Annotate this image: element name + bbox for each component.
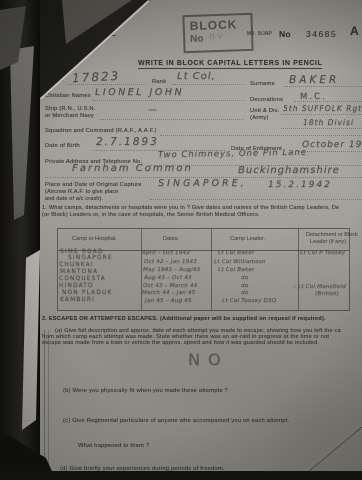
serial-number: 34685: [306, 29, 337, 39]
address-value-line1: Two Chimneys, One Pin Lane: [158, 148, 307, 161]
leader-1: Lt Col Baker: [218, 250, 254, 256]
question-c2: What happened to them ?: [78, 443, 149, 449]
camp-4: CONQUESTA: [59, 276, 106, 282]
ship-value: —: [148, 105, 157, 115]
leader-5: do: [241, 283, 248, 289]
decorations-label: Decorations: [250, 97, 283, 103]
detachment-1: Lt Col P Toosey: [300, 250, 345, 256]
dates-4: Aug 43 – Oct 43: [144, 275, 192, 281]
header-detachment-line2: Leader (if any).: [310, 239, 348, 246]
escape-answer: NO: [188, 350, 229, 369]
header-camp: Camp or Hospital.: [72, 236, 117, 242]
question-c: (c) Give Regimental particulars of anyon…: [63, 418, 289, 424]
header-dates: Dates.: [163, 236, 179, 242]
camp-3: MANTONA: [60, 269, 98, 275]
camp-2: CHUNKAI: [59, 262, 94, 268]
unit-value-line1: 5th SUFFOLK Rgt: [283, 104, 362, 113]
question-b: (b) Were you physically fit when you mad…: [63, 388, 228, 394]
header-detachment-line1: Detachment or Block: [306, 232, 358, 239]
detachment-5b: (British): [315, 291, 339, 297]
header-camp-leader: Camp Leader.: [230, 236, 265, 242]
camp-7: KAMBURI: [60, 297, 95, 303]
date-of-birth-value: 2.7.1893: [96, 136, 159, 148]
unit-value-line2: 18th Divisi: [303, 118, 354, 127]
rank-label: Rank: [152, 79, 166, 85]
stamp-pencil-scribble: nv: [209, 31, 226, 43]
block-stamp: BLOCK No nv: [182, 13, 253, 53]
dates-1: April – Oct 1942: [142, 250, 190, 256]
dates-7: Jan 45 – Aug 45: [145, 298, 192, 304]
rank-value: Lt Col,: [177, 71, 216, 82]
background-strip-bottom: [0, 471, 362, 480]
capture-label-line3: and date of a/c crash).: [45, 196, 103, 202]
surname-label: Surname: [250, 81, 275, 87]
camp-6: NON PLADUK: [62, 290, 112, 296]
dates-2: Oct 42 – Jan 1943: [144, 259, 197, 265]
block-stamp-no: No: [190, 34, 204, 45]
dates-6: March 44 – Jan 45: [142, 290, 195, 296]
unit-label-line1: Unit & Div.: [250, 108, 279, 114]
leader-6: do: [241, 290, 248, 296]
capture-label-line2: (Aircrew R.A.F. to give place: [45, 189, 119, 195]
leader-4: do: [241, 275, 248, 281]
unit-label-line2: (Army): [250, 115, 269, 121]
leader-2: Lt Col Williamson: [214, 259, 266, 265]
capture-label-line1: Place and Date of Original Capture: [45, 182, 142, 188]
capture-place-value: SINGAPORE,: [158, 178, 247, 189]
christian-names-label: Christian Names: [45, 93, 91, 99]
section1-text-line2: (or Block) Leaders or, in the case of ho…: [42, 212, 260, 218]
detachment-5: – Lt Col Mansfield: [293, 284, 346, 290]
leader-3: Lt Col Baker: [218, 267, 254, 273]
squadron-label: Squadron and Command (R.A.F., A.A.F.): [45, 128, 157, 134]
ship-label-line2: or Merchant Navy: [45, 113, 94, 119]
dates-5: Oct 43 – March 44: [143, 283, 197, 289]
section2-title: 2. ESCAPES OR ATTEMPTED ESCAPES. (Additi…: [42, 316, 326, 322]
page-fold-lines: [44, 330, 49, 470]
address-value-line3: Buckinghamshire: [238, 165, 340, 176]
camp-1b: SINGAPORE: [68, 255, 113, 261]
christian-names-value: LIONEL JOHN: [95, 87, 184, 98]
ship-label-line1: Ship (R.N., U.S.N.: [45, 106, 96, 112]
section1-text-line1: 1. What camps, detachments or hospitals …: [42, 205, 339, 211]
capture-date-value: 15.2.1942: [268, 180, 332, 190]
corner-letter: A: [350, 24, 359, 38]
document-photo: NFIDENTIAL M.I. 9/JAP No 34685 A WRITE I…: [0, 0, 362, 480]
instruction-heading: WRITE IN BLOCK CAPITAL LETTERS IN PENCIL: [138, 60, 322, 69]
leader-7: Lt Col Toosey DSO: [222, 298, 276, 304]
section2-a-line3: escape was made from a train or vehicle …: [42, 340, 319, 346]
no-symbol: No: [279, 29, 291, 39]
camp-5: HINDATO: [59, 283, 94, 289]
enlistment-value: October 19: [302, 140, 362, 150]
dates-3: May 1943 – Aug/43: [143, 267, 200, 273]
camps-table: Camp or Hospital. Dates. Camp Leader. De…: [57, 228, 350, 311]
date-of-birth-label: Date of Birth: [45, 143, 80, 149]
